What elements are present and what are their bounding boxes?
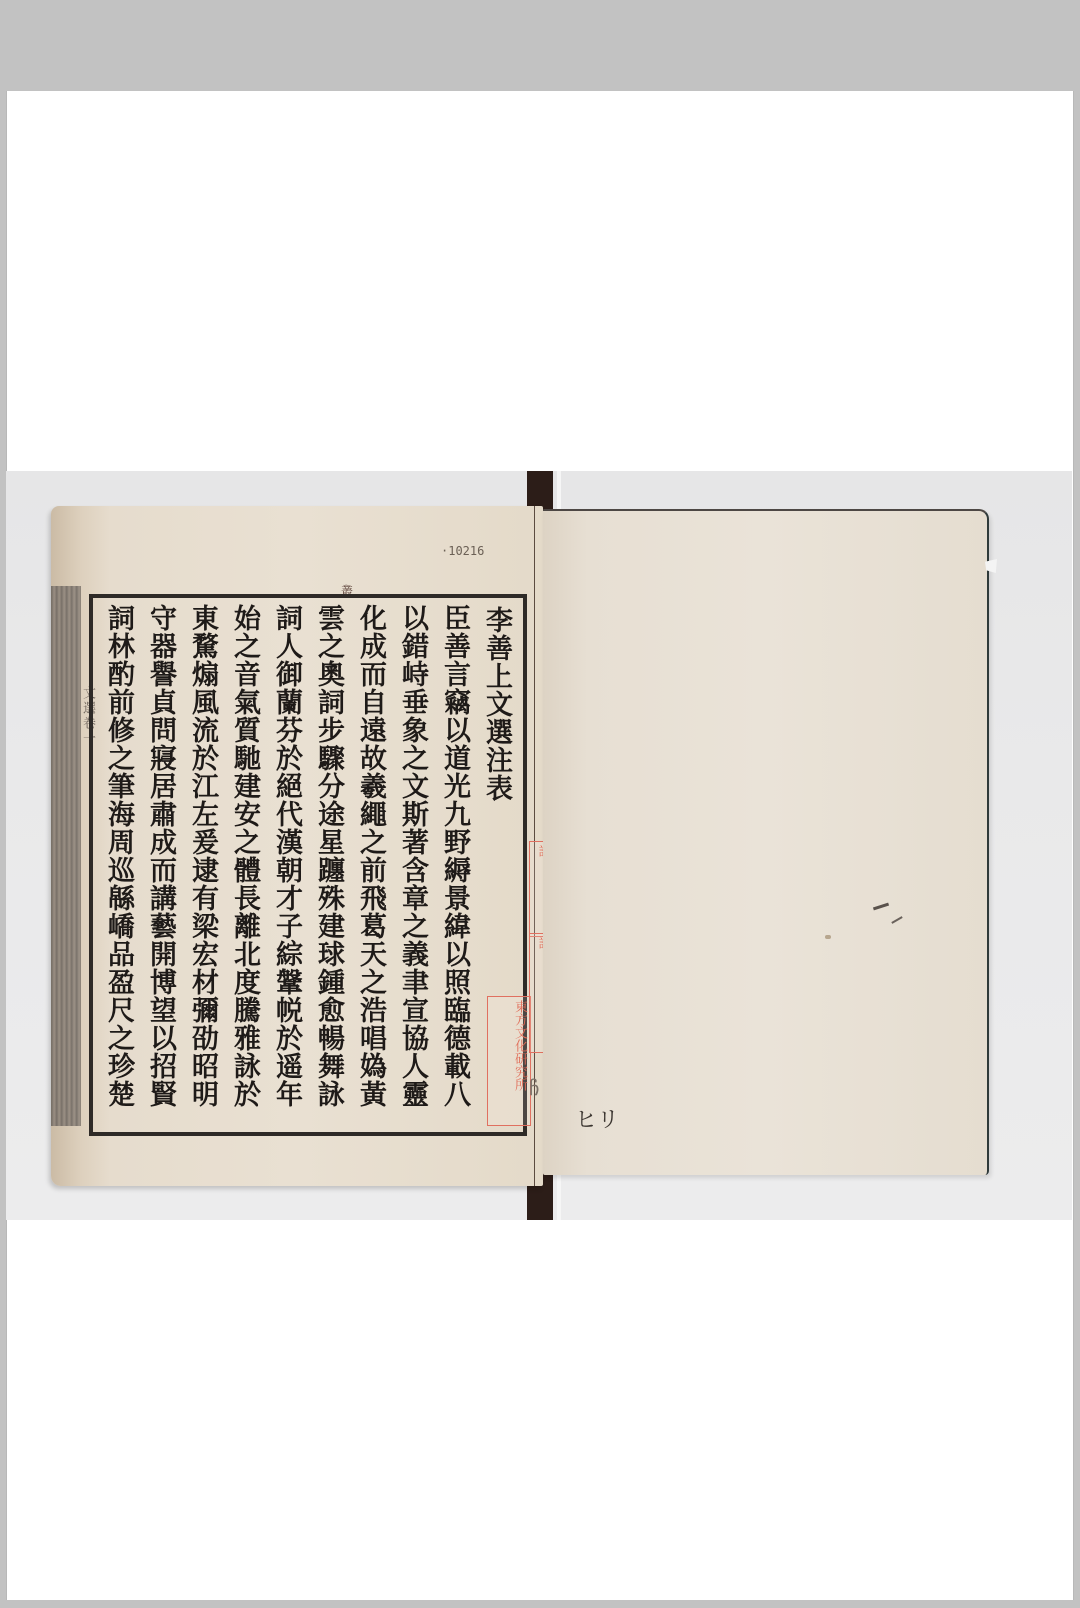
left-page: 文選卷一 ·10216 叢 李善上文選注表 臣善言竊以道光九野縟景緯以照臨德載八… [51,506,543,1186]
right-page-ink-mark: ヒリ [575,1103,619,1134]
text-column-7: 東騖煽風流於江左爰逮有梁宏材彌劭昭明太子業膺 [181,604,223,1130]
right-page: ヒリ [543,509,989,1175]
text-column-5: 詞人御蘭芬於絕代漢朝才子綜鞶帨於遥年虛玄流正 [265,604,307,1130]
ink-speck [891,916,902,924]
viewer-top-bar [0,0,1080,90]
book-photograph: 文選卷一 ·10216 叢 李善上文選注表 臣善言竊以道光九野縟景緯以照臨德載八… [6,471,1072,1220]
ink-speck [873,903,889,911]
text-column-1: 臣善言竊以道光九野縟景緯以照臨德載八埏麗山川 [433,604,475,1130]
text-column-2: 以錯峙垂象之文斯著含章之義聿宣協人靈以取則基 [391,604,433,1130]
text-column-4: 雲之奧詞步驟分途星躔殊建球鍾愈暢舞詠方滋楚國 [307,604,349,1130]
page-edge-stack [51,586,81,1126]
stain-speck [825,935,831,939]
institute-seal: 東方文化研究所 [487,996,531,1126]
text-columns: 李善上文選注表 臣善言竊以道光九野縟景緯以照臨德載八埏麗山川 以錯峙垂象之文斯著… [97,604,517,1130]
text-column-3: 化成而自遠故羲繩之前飛葛天之浩唱媯黃之後掞叢 [349,604,391,1130]
text-column-8: 守器譽貞問寢居肅成而講藝開博望以招賢搴中葉之 [139,604,181,1130]
page-tear [985,559,997,573]
text-column-6: 始之音氣質馳建安之體長離北度騰雅詠於圭陰化龍 [223,604,265,1130]
catalog-number: ·10216 [441,544,484,558]
text-block-frame: 李善上文選注表 臣善言竊以道光九野縟景緯以照臨德載八埏麗山川 以錯峙垂象之文斯著… [89,594,527,1136]
text-column-9: 詞林酌前修之筆海周巡緜嶠品盈尺之珍楚望長瀾搜 [97,604,139,1130]
